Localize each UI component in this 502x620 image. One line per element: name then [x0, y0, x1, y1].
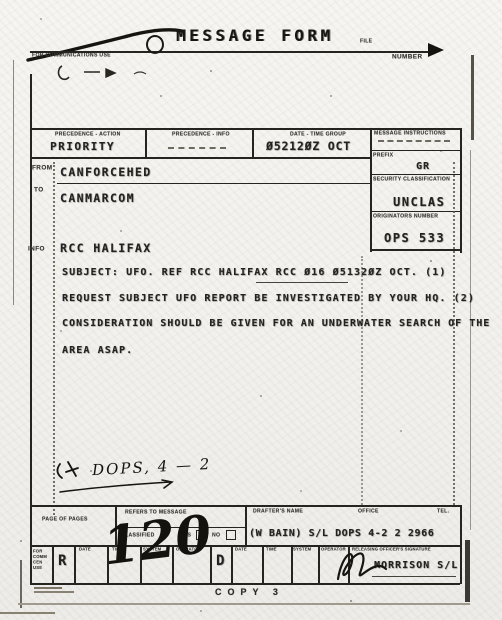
- page-of-pages-label: PAGE OF PAGES: [42, 516, 88, 522]
- comms-use-label: FOR COMMUNICATIONS USE: [32, 52, 111, 58]
- bottom-corner-streak: [0, 612, 55, 614]
- originators-box-bottom: [370, 249, 460, 251]
- header-row-bottom: [30, 157, 370, 159]
- header-div-1: [145, 128, 147, 157]
- strip-div-a: [52, 545, 54, 583]
- body-line-4: AREA ASAP.: [62, 345, 133, 356]
- from-rule: [57, 183, 370, 184]
- strip-div-b: [74, 545, 76, 583]
- from-value: CANFORCEHED: [60, 165, 152, 179]
- scan-edge-line: [470, 150, 471, 530]
- prefix-box-top: [370, 150, 460, 151]
- scan-edge-mark: [471, 55, 474, 140]
- classified-no-checkbox: [226, 530, 236, 540]
- dispatched-cell-label: D: [216, 553, 224, 569]
- header-div-3: [370, 128, 372, 252]
- tel-label: TEL.: [437, 508, 449, 514]
- body-underline: [256, 282, 348, 283]
- message-form-scan: FOR COMMUNICATIONS USE MESSAGE FORM FILE…: [0, 0, 502, 620]
- from-label: FROM: [32, 164, 52, 171]
- arrow-right-icon: [428, 43, 444, 57]
- body-line-2: REQUEST SUBJECT UFO REPORT BE INVESTIGAT…: [62, 293, 475, 304]
- signature-icon: [330, 543, 390, 585]
- frame-right-upper: [460, 128, 462, 253]
- strip-div-j: [318, 545, 320, 583]
- info-value: RCC HALIFAX: [60, 241, 152, 255]
- originators-label: ORIGINATORS NUMBER: [373, 213, 438, 219]
- comm-cen-corner-label: FOR COMM CEN USE: [33, 549, 51, 571]
- handwritten-note: DOPS, 4 — 2: [92, 455, 212, 479]
- note-underline-icon: [58, 480, 178, 496]
- footer-div-2: [245, 505, 247, 545]
- header-div-2: [252, 128, 254, 157]
- to-label: TO: [34, 186, 44, 193]
- security-value: UNCLAS: [393, 195, 445, 209]
- strip-bottom-rule: [30, 583, 460, 585]
- classified-no-label: NO: [212, 532, 220, 538]
- form-title: MESSAGE FORM: [176, 26, 334, 45]
- frame-left: [30, 74, 32, 584]
- drafters-name-label: DRAFTER'S NAME: [253, 508, 303, 514]
- body-line-3: CONSIDERATION SHOULD BE GIVEN FOR AN UND…: [62, 318, 490, 329]
- message-instructions-label: MESSAGE INSTRUCTIONS: [374, 130, 446, 136]
- security-box-top: [370, 174, 460, 175]
- strip-div-g: [231, 545, 233, 583]
- d-date-header: DATE: [235, 547, 247, 552]
- file-label: FILE: [360, 38, 372, 44]
- circle-icon: [146, 35, 164, 54]
- copy-label: COPY 3: [215, 587, 284, 597]
- form-number-smudge-1: [34, 587, 62, 589]
- security-label: SECURITY CLASSIFICATION: [373, 176, 450, 182]
- drafter-line: (W BAIN) S/L DOPS 4-2 2 2966: [249, 528, 434, 539]
- d-system-header: SYSTEM: [293, 547, 311, 552]
- body-line-1: SUBJECT: UFO. REF RCC HALIFAX RCC Ø16 Ø5…: [62, 267, 447, 278]
- received-cell-label: R: [58, 553, 66, 569]
- date-time-value: Ø5212ØZ OCT: [266, 139, 351, 153]
- office-label: OFFICE: [358, 508, 379, 514]
- date-time-label: DATE - TIME GROUP: [290, 131, 346, 137]
- number-label: NUMBER: [392, 53, 422, 60]
- originators-value: OPS 533: [384, 231, 445, 245]
- prefix-label: PREFIX: [373, 152, 393, 158]
- precedence-action-label: PRECEDENCE - ACTION: [55, 131, 121, 137]
- info-label: INFO: [28, 245, 45, 252]
- left-margin-line: [13, 60, 14, 305]
- strip-div-h: [262, 545, 264, 583]
- left-corner-mark: [20, 560, 22, 608]
- precedence-action-value: PRIORITY: [50, 140, 115, 153]
- r-date-header: DATE: [79, 547, 91, 552]
- bottom-streak: [18, 603, 470, 605]
- frame-right-lower: [460, 505, 462, 584]
- scan-noise: [0, 0, 2, 2]
- precedence-info-label: PRECEDENCE - INFO: [172, 131, 230, 137]
- dotted-guide-right: [453, 162, 455, 505]
- scan-edge-blot: [465, 540, 470, 602]
- title-rule: [30, 51, 436, 53]
- prefix-value: GR: [416, 161, 430, 172]
- precedence-info-smudge: [168, 147, 226, 149]
- originators-box-top: [372, 211, 460, 212]
- message-instructions-smudge: [378, 140, 450, 142]
- to-value: CANMARCOM: [60, 191, 135, 205]
- d-time-header: TIME: [266, 547, 277, 552]
- form-number-smudge-2: [34, 591, 74, 593]
- handwritten-number: 120: [100, 504, 215, 578]
